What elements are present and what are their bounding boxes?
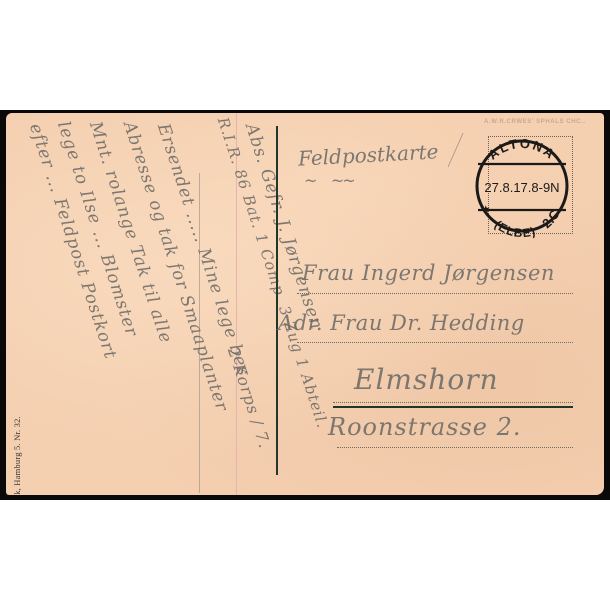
postmark-city: ALTONA: [485, 136, 559, 163]
postcard: Verlag von C. Worzedialeck, Hamburg 5. N…: [6, 113, 604, 495]
stamp-area-maker-text: A.W.R.CRWES' SPHALS CHC..: [484, 119, 586, 125]
address-rule: [337, 447, 573, 448]
address-rule: [333, 402, 573, 403]
center-divider: [276, 126, 278, 475]
address-rule: [297, 342, 573, 343]
recipient-line: Elmshorn: [354, 363, 499, 396]
recipient-line: Adr. Frau Dr. Hedding: [278, 311, 525, 335]
postmark-region: (ELBE): [492, 218, 538, 241]
svg-text:(ELBE): (ELBE): [492, 218, 538, 241]
recipient-line: Roonstrasse 2.: [328, 413, 522, 441]
header-underline-flourish: ~ ~~: [304, 171, 354, 190]
publisher-imprint: Verlag von C. Worzedialeck, Hamburg 5. N…: [12, 231, 26, 495]
postmark-cancellation: ALTONA 27.8.17.8-9N (ELBE) 2.C ★: [446, 133, 596, 243]
city-underline: [333, 406, 573, 408]
postmark-date: 27.8.17.8-9N: [484, 180, 559, 195]
card-type-handwritten: Feldpostkarte: [297, 139, 439, 170]
recipient-line: Frau Ingerd Jørgensen: [302, 261, 555, 285]
svg-text:ALTONA: ALTONA: [485, 136, 559, 163]
address-rule: [297, 293, 573, 294]
